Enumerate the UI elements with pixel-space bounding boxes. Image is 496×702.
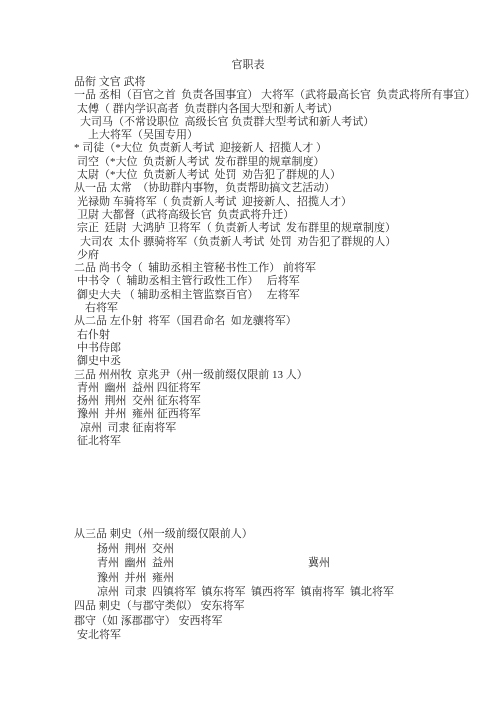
doc-line: 征北将军 — [74, 435, 480, 448]
doc-line: 郡守（如 涿郡郡守） 安西将军 — [74, 614, 480, 628]
doc-line: 一品 丞相（百官之首 负责各国事宜） 大将军（武将最高长官 负责武将所有事宜） — [74, 89, 480, 102]
doc-line: 三品 州州牧 京兆尹（州一级前缀仅限前 13 人） — [74, 369, 480, 382]
doc-line: 右将军 — [74, 302, 480, 315]
doc-line: 右仆射 — [74, 329, 480, 342]
doc-line: 从三品 刺史（州一级前缀仅限前人） — [74, 527, 480, 541]
doc-line: 太尉（*大位 负责新人考试 处罚 劝告犯了群规的人） — [74, 169, 480, 182]
doc-line-text: 一品 丞相（百官之首 负责各国事宜） 大将军（武将最高长官 负责武将所有事宜） — [74, 89, 476, 101]
doc-line-text: 郡守（如 涿郡郡守） 安西将军 — [74, 615, 223, 627]
doc-line-text: 从三品 刺史（州一级前缀仅限前人） — [74, 528, 253, 540]
doc-line-text: 大司马（不常设职位 高级长官 负责群大型考试和新人考试） — [80, 116, 374, 128]
doc-line: 青州 幽州 益州冀州 — [74, 556, 480, 570]
doc-line-text: 豫州 并州 雍州 征西将军 — [77, 408, 201, 420]
doc-line: 宗正 廷尉 大鸿胪 卫将军（ 负责新人考试 发布群里的规章制度） — [74, 222, 480, 235]
doc-line: 凉州 司隶 四镇将军 镇东将军 镇西将军 镇南将军 镇北将军 — [74, 585, 480, 599]
doc-line: 上大将军（吴国专用） — [74, 129, 480, 142]
doc-line: 中书侍郎 — [74, 342, 480, 355]
doc-line-text: 凉州 司隶 征南将军 — [80, 422, 176, 434]
doc-line-text: 二品 尚书令（ 辅助丞相主管秘书性工作） 前将军 — [74, 262, 316, 274]
doc-line: 御史大夫 （ 辅助丞相主管监察百官） 左将军 — [74, 289, 480, 302]
doc-line-text: 太尉（*大位 负责新人考试 处罚 劝告犯了群规的人） — [77, 169, 341, 181]
doc-line-text: 四品 刺史（与郡守类似） 安东将军 — [74, 600, 245, 612]
doc-line: 四品 刺史（与郡守类似） 安东将军 — [74, 599, 480, 613]
doc-line-text: 司空（*大位 负责新人考试 发布群里的规章制度） — [77, 156, 325, 168]
doc-line-text: 大司农 太仆 骠骑将军（负责新人考试 处罚 劝告犯了群规的人） — [80, 236, 396, 248]
doc-line-text: 从一品 太常 （协助群内事物，负责帮助搞文艺活动） — [74, 182, 335, 194]
doc-line: 卫尉 大都督（武将高级长官 负责武将升迁） — [74, 209, 480, 222]
doc-line-text: 中书令（ 辅助丞相主管行政性工作） 后将军 — [77, 275, 300, 287]
document-page: 官职表 品衔 文官 武将一品 丞相（百官之首 负责各国事宜） 大将军（武将最高长… — [0, 0, 496, 702]
doc-line: 扬州 荆州 交州 — [74, 542, 480, 556]
doc-line-text: 扬州 荆州 交州 — [97, 543, 174, 555]
doc-line-text: 御史大夫 （ 辅助丞相主管监察百官） 左将军 — [77, 289, 300, 301]
doc-line-text: 御史中丞 — [77, 355, 121, 367]
doc-line: 二品 尚书令（ 辅助丞相主管秘书性工作） 前将军 — [74, 262, 480, 275]
doc-line: 从一品 太常 （协助群内事物，负责帮助搞文艺活动） — [74, 182, 480, 195]
doc-line-text: 右将军 — [85, 302, 118, 314]
doc-line-text: 宗正 廷尉 大鸿胪 卫将军（ 负责新人考试 发布群里的规章制度） — [77, 222, 396, 234]
rank-section-upper: 品衔 文官 武将一品 丞相（百官之首 负责各国事宜） 大将军（武将最高长官 负责… — [0, 76, 496, 448]
doc-line-text: 凉州 司隶 四镇将军 镇东将军 镇西将军 镇南将军 镇北将军 — [97, 586, 394, 598]
doc-line: 豫州 并州 雍州 — [74, 571, 480, 585]
doc-line-text: 中书侍郎 — [77, 342, 121, 354]
doc-line-text: 扬州 荆州 交州 征东将军 — [77, 395, 201, 407]
doc-line: 青州 幽州 益州 四征将军 — [74, 382, 480, 395]
doc-line-text: 少府 — [77, 249, 99, 261]
doc-line-text: * 司徒（*大位 负责新人考试 迎接新人 招揽人才 ） — [74, 142, 327, 154]
doc-line: 御史中丞 — [74, 355, 480, 368]
doc-line-text: 安北将军 — [77, 629, 121, 641]
doc-line: 品衔 文官 武将 — [74, 76, 480, 89]
doc-line-text: 从二品 左仆射 将军（国君命名 如龙骧将军） — [74, 315, 297, 327]
doc-line-text: 征北将军 — [77, 435, 121, 447]
doc-line-text: 青州 幽州 益州 四征将军 — [77, 382, 201, 394]
doc-line-text: 光禄勋 车骑将军（ 负责新人考试 迎接新人、招揽人才） — [77, 196, 352, 208]
doc-line: 司空（*大位 负责新人考试 发布群里的规章制度） — [74, 156, 480, 169]
doc-line-text: 太傅（ 群内学识高者 负责群内各国大型和新人考试） — [77, 103, 338, 115]
doc-line: * 司徒（*大位 负责新人考试 迎接新人 招揽人才 ） — [74, 142, 480, 155]
doc-line-text: 青州 幽州 益州 — [97, 557, 174, 569]
doc-line-text: 品衔 文官 武将 — [74, 76, 146, 88]
doc-line: 光禄勋 车骑将军（ 负责新人考试 迎接新人、招揽人才） — [74, 196, 480, 209]
document-title: 官职表 — [0, 0, 496, 72]
doc-line: 少府 — [74, 249, 480, 262]
doc-line: 大司马（不常设职位 高级长官 负责群大型考试和新人考试） — [74, 116, 480, 129]
doc-line: 太傅（ 群内学识高者 负责群内各国大型和新人考试） — [74, 103, 480, 116]
doc-line: 豫州 并州 雍州 征西将军 — [74, 408, 480, 421]
doc-line-text: 上大将军（吴国专用） — [88, 129, 198, 141]
doc-line-text: 右仆射 — [77, 329, 110, 341]
doc-line-text: 豫州 并州 雍州 — [97, 572, 174, 584]
rank-section-lower: 从三品 刺史（州一级前缀仅限前人）扬州 荆州 交州青州 幽州 益州冀州豫州 并州… — [0, 527, 496, 642]
doc-line: 安北将军 — [74, 628, 480, 642]
doc-line-text: 三品 州州牧 京兆尹（州一级前缀仅限前 13 人） — [74, 369, 308, 381]
doc-line: 凉州 司隶 征南将军 — [74, 422, 480, 435]
doc-line-text: 卫尉 大都督（武将高级长官 负责武将升迁） — [77, 209, 294, 221]
doc-line: 从二品 左仆射 将军（国君命名 如龙骧将军） — [74, 315, 480, 328]
doc-line: 大司农 太仆 骠骑将军（负责新人考试 处罚 劝告犯了群规的人） — [74, 236, 480, 249]
doc-line: 扬州 荆州 交州 征东将军 — [74, 395, 480, 408]
doc-line: 中书令（ 辅助丞相主管行政性工作） 后将军 — [74, 275, 480, 288]
doc-line-right-text: 冀州 — [308, 556, 330, 570]
